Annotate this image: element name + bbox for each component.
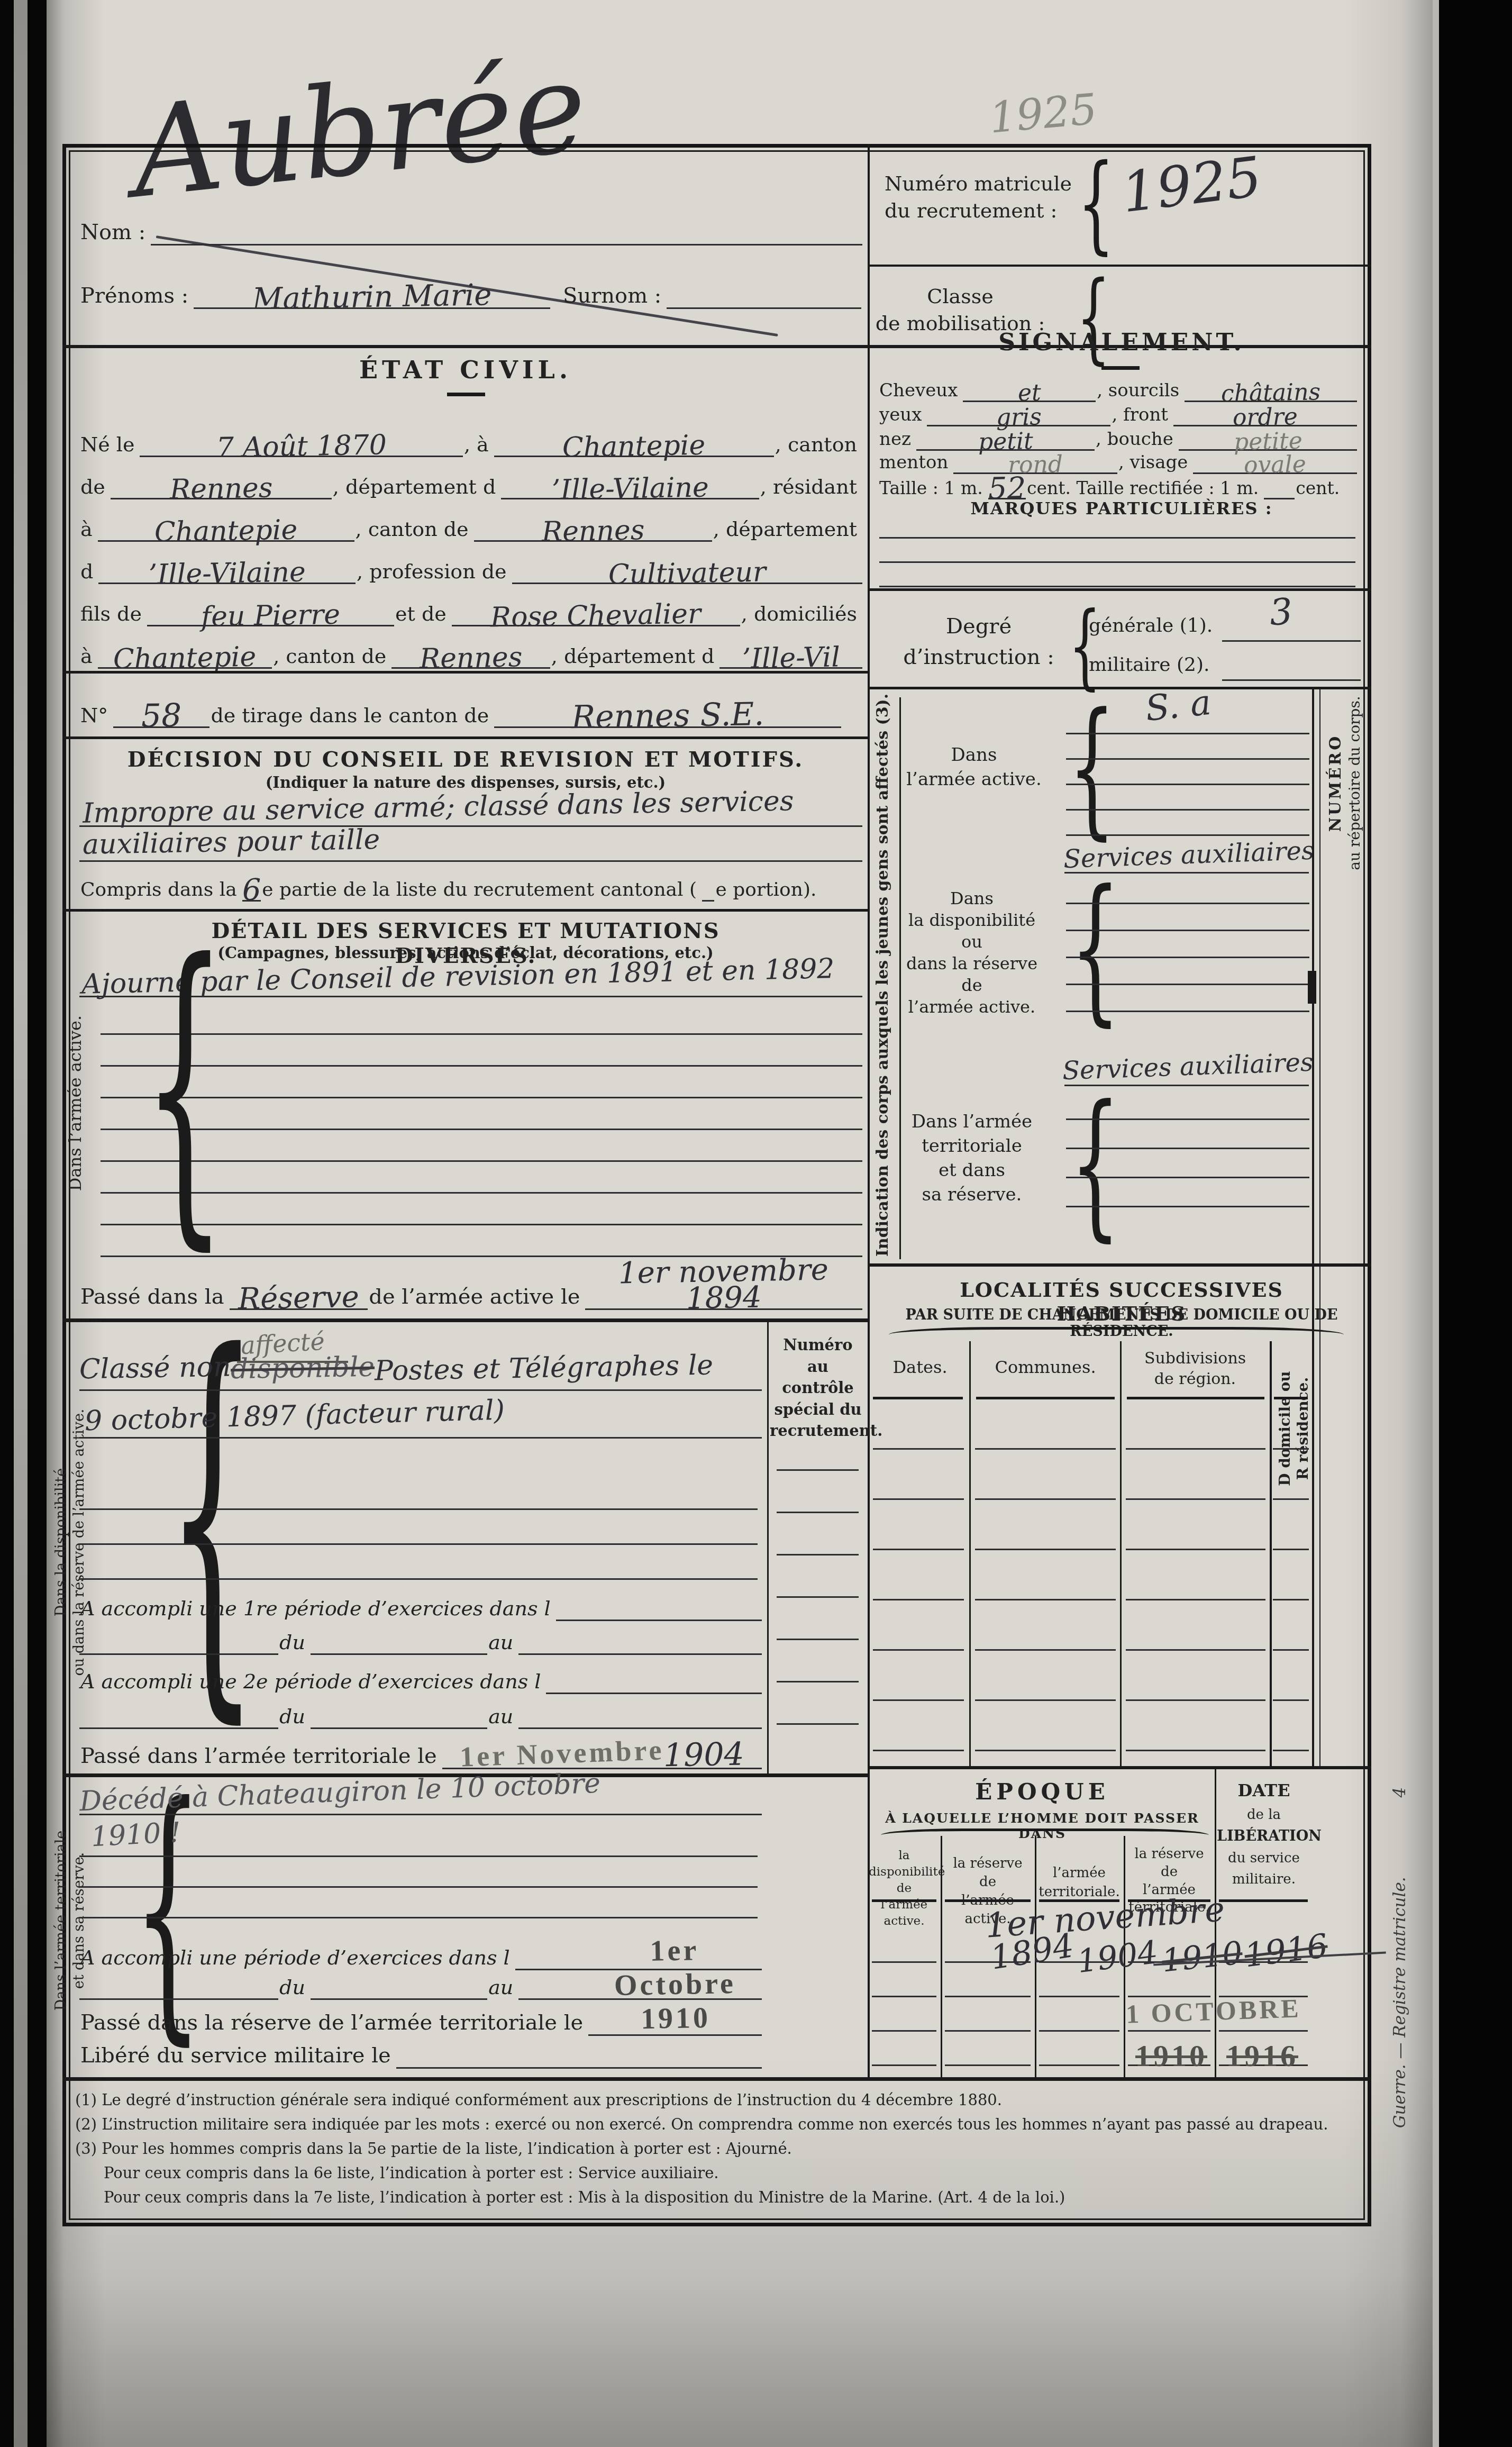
header-divider [868, 265, 1371, 267]
cheveux-value: et [1018, 383, 1041, 404]
loc-rows-communes [975, 1399, 1116, 1755]
birth-date: 7 Août 1870 [216, 433, 387, 460]
etat-row-6: à Chantepie , canton de Rennes , départe… [79, 630, 862, 669]
corps-dispo-label: Dans la disponibilité ou dans la réserve… [901, 888, 1043, 1018]
degre-militaire-line [1222, 654, 1361, 681]
corps-dispo-lines [1066, 877, 1309, 1033]
loc-rows-dates [873, 1399, 964, 1755]
periode1-du-au-row: du au [79, 1622, 762, 1655]
surnom-line [667, 307, 861, 309]
sec2-hw-line1: Classé non disponible Postes et Télégrap… [79, 1352, 762, 1391]
numero-col-border2 [1319, 687, 1320, 1265]
corps-bottom-rule [868, 1263, 1371, 1267]
etat-row-5: fils de feu Pierre et de Rose Chevalier … [79, 587, 862, 626]
tirage-top-rule [62, 671, 868, 674]
sec3-hw-line1: Décédé à Chateaugiron le 10 octobre [79, 1777, 762, 1815]
loc-div1 [969, 1341, 971, 1766]
page-right-edge [1433, 0, 1439, 2447]
side-label-armee-active: Dans l’armée active. [65, 1015, 85, 1191]
nom-row: Nom : [79, 207, 862, 245]
prenoms-value: Mathurin Marie [252, 282, 491, 313]
tirage-bottom-rule [62, 736, 868, 739]
main-column-divider [868, 144, 870, 2079]
localites-col-subdivisions: Subdivisions de région. [1124, 1348, 1266, 1389]
degre-bottom-rule [868, 687, 1371, 689]
loc-rows-dr [1273, 1399, 1309, 1755]
sec3-blank-lines [79, 1826, 758, 1921]
corps-active-lines [1066, 709, 1309, 839]
corps-terr-label: Dans l’armée territoriale et dans sa rés… [901, 1110, 1043, 1207]
degre-label: Degré d’instruction : [902, 611, 1055, 672]
nom-line [151, 244, 862, 245]
etat-row-3: à Chantepie , canton de Rennes , départe… [79, 503, 862, 542]
signalement-bottom-rule [868, 588, 1371, 591]
armee-active-brace: { [143, 947, 226, 1226]
etat-civil-title: ÉTAT CIVIL. [238, 356, 693, 384]
loc-div3 [1270, 1341, 1272, 1766]
loc-right-border2 [1319, 1265, 1320, 1766]
military-register-scan: 1925 Aubrée Nom : Prénoms : Mathurin Mar… [0, 0, 1512, 2447]
decision-title: DÉCISION DU CONSEIL DE REVISION ET MOTIF… [127, 747, 804, 772]
passe-reserve-date: 1er novembre 1894 [585, 1256, 863, 1314]
mother-name: Rose Chevalier [490, 602, 702, 631]
footnotes-top-rule [62, 2077, 1371, 2081]
tirage-row: N° 58 de tirage dans le canton de Rennes… [79, 687, 841, 728]
periode2-du-au-row: du au [79, 1696, 762, 1729]
sig-row-yeux: yeux gris , front ordre [878, 401, 1357, 426]
libere-row: Libéré du service militaire le [79, 2035, 762, 2069]
ep-col3-header: l’armée territoriale. [1037, 1863, 1122, 1902]
birth-place: Chantepie [562, 433, 706, 461]
epoque-brace-curve [881, 1829, 1209, 1842]
footnote-3: (3) Pour les hommes compris dans la 5e p… [75, 2140, 1361, 2158]
decision-hw-line1: Impropre au service armé; classé dans le… [79, 792, 862, 827]
sec2-blank-lines [79, 1475, 758, 1581]
etat-row-4: d ’Ille-Vilaine , profession de Cultivat… [79, 545, 862, 584]
loc-rows-subdiv [1126, 1399, 1265, 1755]
surnom-row: Surnom : [562, 271, 861, 309]
tirage-number: 58 [141, 701, 182, 730]
ep-stamp-1910: 1910 [1135, 2038, 1207, 2073]
etat-civil-tick [447, 393, 485, 396]
matricule-brace: { [1078, 159, 1115, 249]
footnote-2: (2) L’instruction militaire sera indiqué… [75, 2115, 1361, 2133]
degre-militaire-label: militaire (2). [1089, 654, 1210, 676]
territoriale-date-stamp: 1er Novembre [459, 1733, 664, 1773]
degre-generale-label: générale (1). [1089, 615, 1213, 636]
epoque-title: ÉPOQUE [878, 1779, 1206, 1805]
father-name: feu Pierre [201, 603, 341, 630]
matricule-label: Numéro matricule du recrutement : [885, 170, 1072, 225]
reserve-territoriale-stamp: 1er Octobre 1910 [587, 1932, 762, 2037]
ep-head-rule2 [945, 1899, 1031, 1902]
surnom-label: Surnom : [562, 284, 667, 309]
scan-background-right [1439, 0, 1512, 2447]
tirage-canton: Rennes S.E. [571, 700, 764, 732]
footnote-4: Pour ceux compris dans la 6e liste, l’in… [104, 2164, 1363, 2182]
controle-box-label: Numéro au contrôle spécial du recrutemen… [770, 1334, 866, 1442]
passe-reserve-territoriale-row: Passé dans la réserve de l’armée territo… [79, 2000, 762, 2036]
territoriale-date-year: 1904 [663, 1740, 745, 1770]
numero-col-tick [1308, 971, 1316, 1004]
nom-label: Nom : [79, 220, 151, 245]
corps-terr-lines [1066, 1091, 1309, 1234]
localites-col-communes: Communes. [973, 1357, 1117, 1377]
corps-active-label: Dans l’armée active. [906, 743, 1042, 792]
loc-div2 [1120, 1341, 1122, 1766]
ep-head-rule1 [872, 1899, 936, 1902]
localites-bottom-rule [868, 1766, 1371, 1769]
ep-stamp-1916: 1916 [1226, 2038, 1298, 2073]
decision-hw-line2: auxiliaires pour taille [79, 826, 862, 862]
hw-disponible-struck: disponible [231, 1351, 375, 1386]
corps-side-vertical: Indication des corps auxquels les jeunes… [873, 694, 892, 1257]
ep-col1-header: la disponibilité de l’armée active. [869, 1848, 940, 1930]
degre-generale-value: 3 [1268, 591, 1294, 634]
book-spine-edge [14, 0, 28, 2447]
profession: Cultivateur [608, 560, 766, 587]
margin-imprint: Guerre. — Registre matricule. 4 [1390, 1787, 1409, 2128]
ep-date-header: DATE de la LIBÉRATION du service militai… [1217, 1778, 1311, 1890]
marques-blank-lines [879, 514, 1355, 588]
etat-row-1: Né le 7 Août 1870 , à Chantepie , canton [79, 418, 862, 457]
prenoms-label: Prénoms : [79, 284, 194, 309]
numero-repertoire-l2: au répertoire du corps. [1346, 696, 1363, 870]
signalement-tick [1101, 366, 1140, 370]
signalement-title: SIGNALEMENT. [899, 329, 1344, 356]
sec2-hw-line2: 9 octobre 1897 (facteur rural) [79, 1400, 762, 1439]
periode2-row: A accompli une 2e période d’exercices da… [79, 1659, 762, 1694]
controle-box-lines [777, 1429, 859, 1727]
loc-right-border1 [1312, 1265, 1314, 1766]
periode1-row: A accompli une 1re période d’exercices d… [79, 1586, 762, 1621]
sig-row-menton: menton rond , visage ovale [878, 449, 1357, 474]
footnote-5: Pour ceux compris dans la 7e liste, l’in… [104, 2188, 1363, 2206]
localites-brace-curve [889, 1327, 1344, 1342]
sig-row-nez: nez petit , bouche petite [878, 425, 1357, 451]
sig-row-taille: Taille : 1 m. 52 cent. Taille rectifiée … [878, 472, 1357, 499]
numero-repertoire-l1: NUMÉRO [1326, 734, 1345, 832]
pencil-matricule-note: 1925 [987, 84, 1099, 142]
ep-head-rule5 [1219, 1899, 1308, 1902]
liste-partie: 6 [242, 877, 261, 904]
localites-col-dates: Dates. [872, 1357, 968, 1377]
prenoms-row: Prénoms : Mathurin Marie [79, 271, 550, 309]
ep-stamp-octobre: 1 OCTOBRE [1125, 1993, 1301, 2030]
ep-rows-col1 [872, 1929, 936, 2066]
corps-active-hw: S. a [1143, 682, 1213, 730]
sig-row-cheveux: Cheveux et , sourcils châtains [878, 377, 1357, 402]
controle-box-border [767, 1322, 769, 1773]
footnote-1: (1) Le degré d’instruction générale sera… [75, 2091, 1361, 2109]
etat-row-2: de Rennes , département d ’Ille-Vilaine … [79, 460, 862, 499]
